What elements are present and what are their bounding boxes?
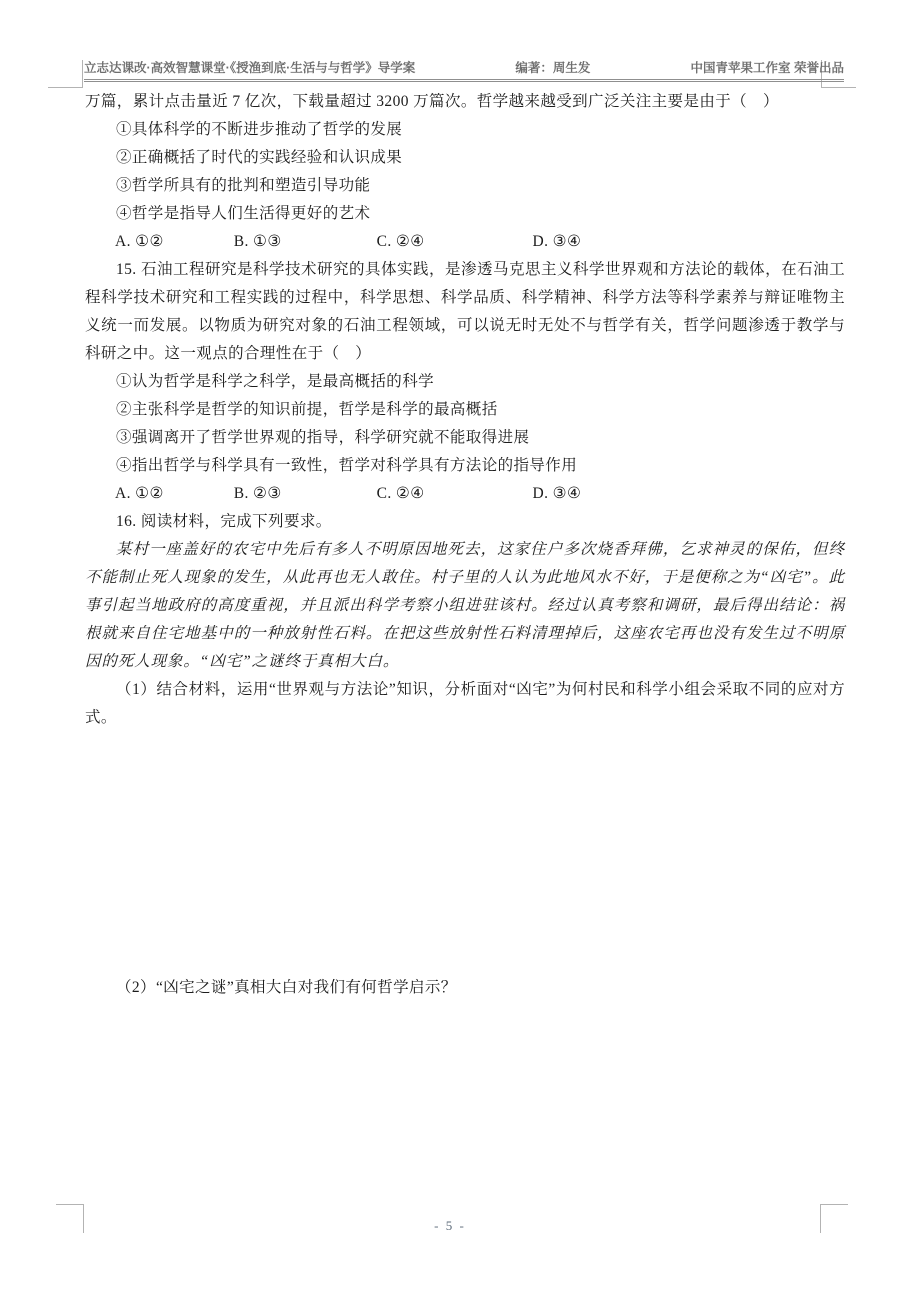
q14-choice-a: A. ①②: [115, 228, 164, 256]
q14-stem: 万篇，累计点击量近 7 亿次，下载量超过 3200 万篇次。哲学越来越受到广泛关…: [85, 88, 845, 116]
page-number: - 5 -: [0, 1218, 900, 1234]
q15-choice-c: C. ②④: [377, 480, 425, 508]
page-header: 立志达课改·高效智慧课堂·《授渔到底·生活与与哲学》导学案 编著：周生发 中国青…: [84, 58, 844, 82]
q15-option-1: ①认为哲学是科学之科学，是最高概括的科学: [85, 368, 845, 396]
margin-corner-top-left: [48, 60, 83, 88]
q15-choices-row: A. ①② B. ②③ C. ②④ D. ③④: [85, 480, 845, 508]
q14-option-4: ④哲学是指导人们生活得更好的艺术: [85, 200, 845, 228]
q14-choice-d: D. ③④: [533, 228, 582, 256]
q15-choice-a: A. ①②: [115, 480, 164, 508]
q16-title: 16. 阅读材料，完成下列要求。: [85, 508, 845, 536]
q15-option-4: ④指出哲学与科学具有一致性，哲学对科学具有方法论的指导作用: [85, 452, 845, 480]
header-title: 立志达课改·高效智慧课堂·《授渔到底·生活与与哲学》导学案: [84, 58, 415, 76]
q14-choice-b: B. ①③: [234, 228, 282, 256]
q15-choice-b: B. ②③: [234, 480, 282, 508]
header-author: 编著：周生发: [515, 58, 590, 76]
q16-part2: （2）“凶宅之谜”真相大白对我们有何哲学启示？: [85, 974, 845, 1002]
q14-choice-c: C. ②④: [377, 228, 425, 256]
q16-material: 某村一座盖好的农宅中先后有多人不明原因地死去，这家住户多次烧香拜佛，乞求神灵的保…: [85, 536, 845, 676]
q15-option-3: ③强调离开了哲学世界观的指导，科学研究就不能取得进展: [85, 424, 845, 452]
q14-option-2: ②正确概括了时代的实践经验和认识成果: [85, 144, 845, 172]
header-studio: 中国青苹果工作室 荣誉出品: [691, 58, 844, 76]
q15-choice-d: D. ③④: [533, 480, 582, 508]
q15-stem: 15. 石油工程研究是科学技术研究的具体实践，是渗透马克思主义科学世界观和方法论…: [85, 256, 845, 368]
q15-option-2: ②主张科学是哲学的知识前提，哲学是科学的最高概括: [85, 396, 845, 424]
q14-choices-row: A. ①② B. ①③ C. ②④ D. ③④: [85, 228, 845, 256]
document-page: 立志达课改·高效智慧课堂·《授渔到底·生活与与哲学》导学案 编著：周生发 中国青…: [0, 0, 900, 1297]
q14-option-3: ③哲学所具有的批判和塑造引导功能: [85, 172, 845, 200]
q16-part1: （1）结合材料，运用“世界观与方法论”知识，分析面对“凶宅”为何村民和科学小组会…: [85, 676, 845, 732]
q14-option-1: ①具体科学的不断进步推动了哲学的发展: [85, 116, 845, 144]
document-body: 万篇，累计点击量近 7 亿次，下载量超过 3200 万篇次。哲学越来越受到广泛关…: [85, 88, 845, 1002]
